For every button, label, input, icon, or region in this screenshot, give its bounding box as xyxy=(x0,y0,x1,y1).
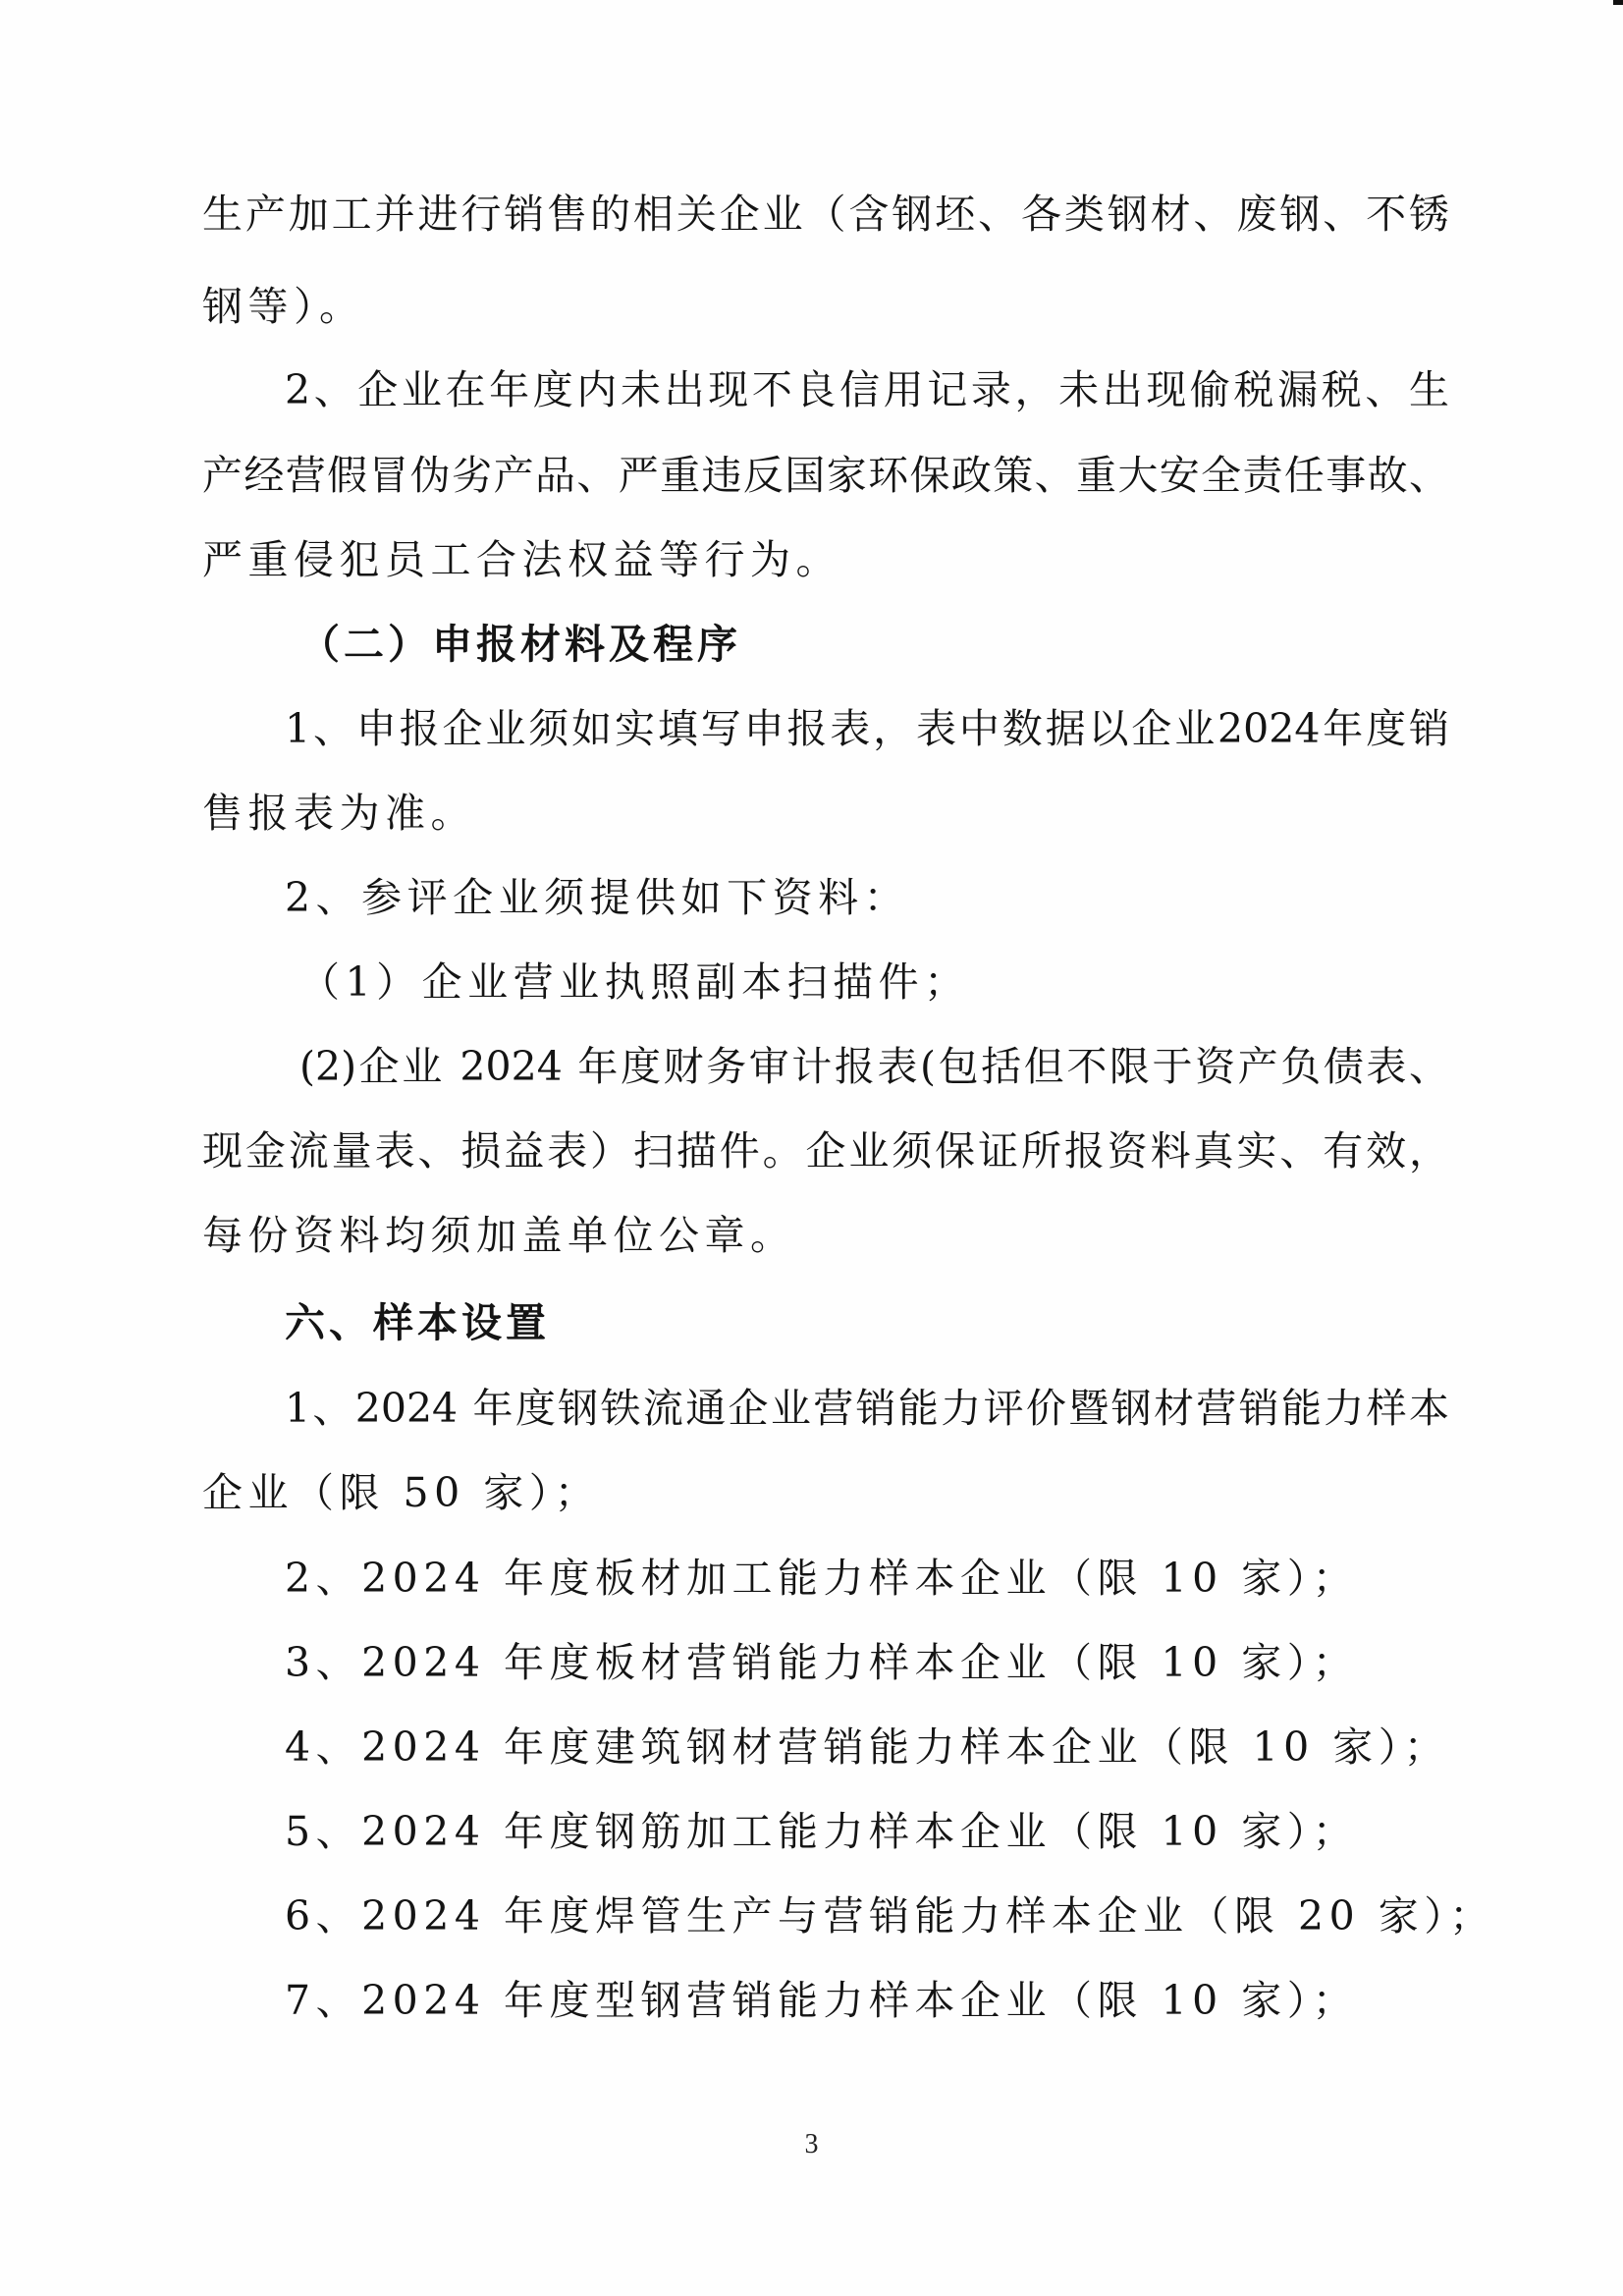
scan-corner-mark xyxy=(1613,0,1623,5)
paragraph-line-credit-record: 2、企业在年度内未出现不良信用记录，未出现偷税漏税、生 xyxy=(285,370,1449,410)
list-item-sample-7: 7、2024 年度型钢营销能力样本企业（限 10 家）； xyxy=(285,1981,1532,2021)
document-page: 生产加工并进行销售的相关企业（含钢坯、各类钢材、废钢、不锈 钢等）。 2、企业在… xyxy=(0,0,1623,2296)
paragraph-line-application-form: 1、申报企业须如实填写申报表，表中数据以企业2024年度销 xyxy=(285,709,1449,749)
list-item-sample-1: 1、2024 年度钢铁流通企业营销能力评价暨钢材营销能力样本 xyxy=(285,1389,1449,1429)
list-item-sample-2: 2、2024 年度板材加工能力样本企业（限 10 家）； xyxy=(285,1558,1532,1599)
paragraph-line-required-materials: 2、参评企业须提供如下资料： xyxy=(285,878,1532,918)
paragraph-line-eligibility-scope: 生产加工并进行销售的相关企业（含钢坯、各类钢材、废钢、不锈 xyxy=(202,194,1449,235)
paragraph-line-eligibility-scope-end: 钢等）。 xyxy=(202,287,1449,327)
section-heading-sample-setup: 六、样本设置 xyxy=(285,1303,1532,1343)
list-item-business-license: （1）企业营业执照副本扫描件； xyxy=(299,962,1546,1003)
list-item-sample-5: 5、2024 年度钢筋加工能力样本企业（限 10 家）； xyxy=(285,1812,1532,1852)
page-number: 3 xyxy=(0,2129,1623,2160)
paragraph-line-credit-record-end: 严重侵犯员工合法权益等行为。 xyxy=(202,540,1449,580)
list-item-sample-3: 3、2024 年度板材营销能力样本企业（限 10 家）； xyxy=(285,1643,1532,1683)
list-item-financial-audit: (2)企业 2024 年度财务审计报表(包括但不限于资产负债表、 xyxy=(299,1047,1449,1087)
list-item-sample-6: 6、2024 年度焊管生产与营销能力样本企业（限 20 家）； xyxy=(285,1896,1532,1937)
list-item-financial-audit-end: 每份资料均须加盖单位公章。 xyxy=(202,1216,1449,1256)
list-item-financial-audit-2: 现金流量表、损益表）扫描件。企业须保证所报资料真实、有效， xyxy=(202,1131,1449,1172)
paragraph-line-application-form-end: 售报表为准。 xyxy=(202,793,1449,834)
list-item-sample-4: 4、2024 年度建筑钢材营销能力样本企业（限 10 家）； xyxy=(285,1727,1532,1768)
section-subheading-materials-procedure: （二）申报材料及程序 xyxy=(299,625,1546,665)
list-item-sample-1-end: 企业（限 50 家）； xyxy=(202,1473,1449,1513)
paragraph-line-credit-record-2: 产经营假冒伪劣产品、严重违反国家环保政策、重大安全责任事故、 xyxy=(202,456,1449,496)
